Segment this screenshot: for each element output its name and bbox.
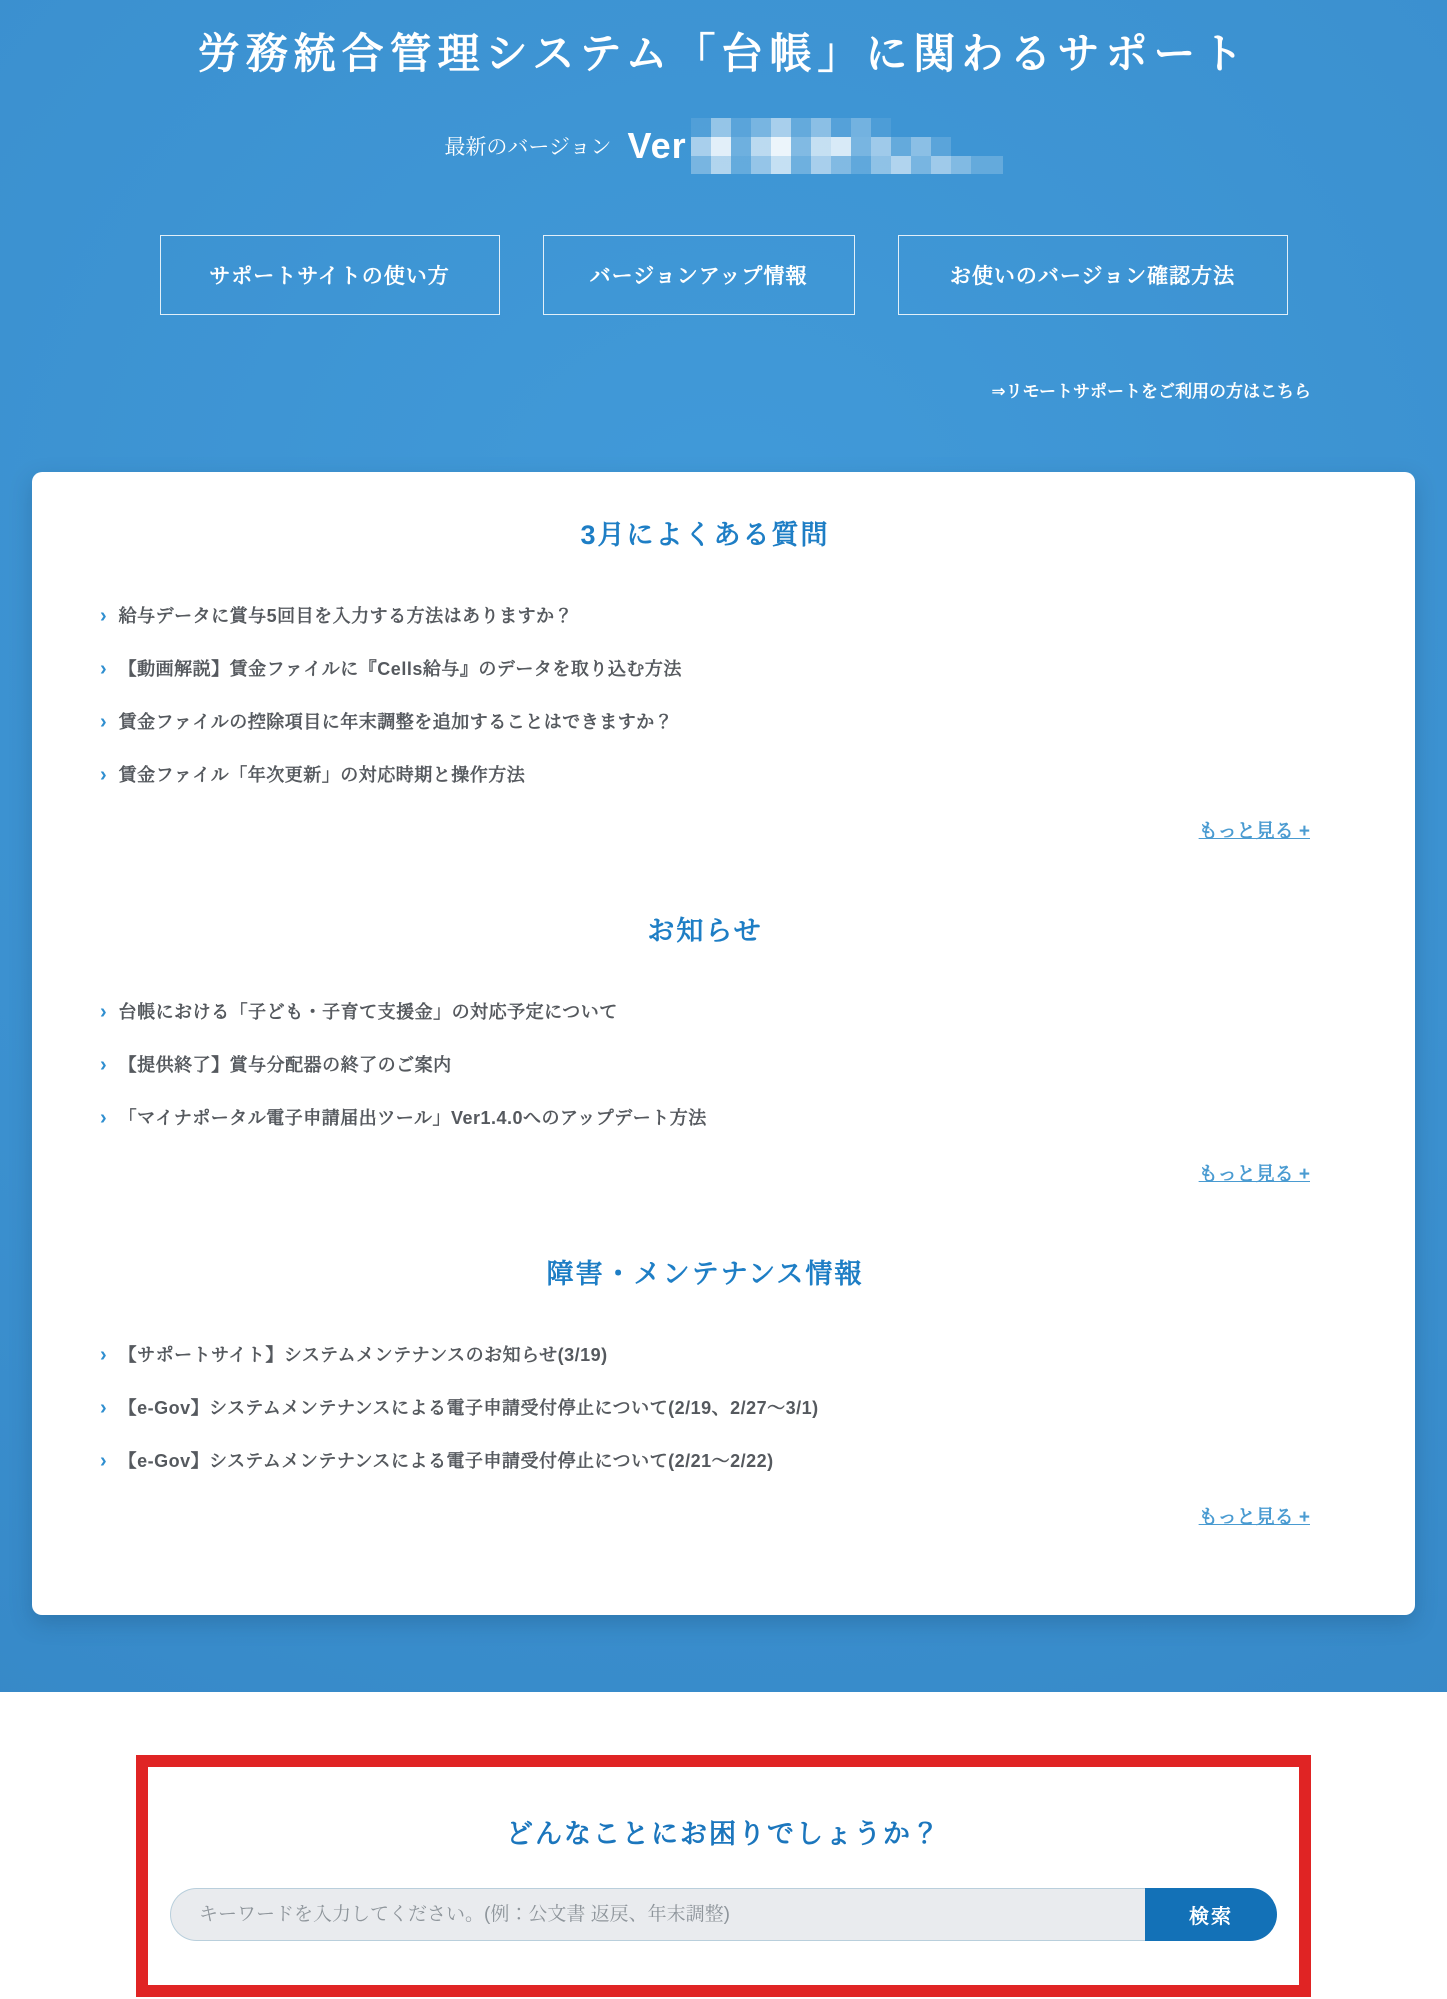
chevron-right-icon: › bbox=[100, 1000, 107, 1024]
remote-support-row: ⇒リモートサポートをご利用の方はこちら bbox=[136, 377, 1311, 402]
list-item-label: 【動画解説】賃金ファイルに『Cells給与』のデータを取り込む方法 bbox=[119, 657, 682, 681]
list-item[interactable]: › 【e-Gov】システムメンテナンスによる電子申請受付停止について(2/21〜… bbox=[100, 1449, 1310, 1473]
list-item-label: 賃金ファイル「年次更新」の対応時期と操作方法 bbox=[119, 763, 526, 787]
list-item-label: 【提供終了】賞与分配器の終了のご案内 bbox=[119, 1053, 452, 1077]
remote-support-link[interactable]: ⇒リモートサポートをご利用の方はこちら bbox=[991, 382, 1311, 401]
list-item-label: 【e-Gov】システムメンテナンスによる電子申請受付停止について(2/21〜2/… bbox=[119, 1449, 774, 1473]
news-list: › 台帳における「子ども・子育て支援金」の対応予定について › 【提供終了】賞与… bbox=[100, 1000, 1310, 1130]
list-item[interactable]: › 「マイナポータル電子申請届出ツール」Ver1.4.0へのアップデート方法 bbox=[100, 1106, 1310, 1130]
maintenance-list: › 【サポートサイト】システムメンテナンスのお知らせ(3/19) › 【e-Go… bbox=[100, 1343, 1310, 1473]
more-row: もっと見る + bbox=[100, 1505, 1310, 1532]
support-page: 労務統合管理システム「台帳」に関わるサポート 最新のバージョン Ver サポート… bbox=[0, 0, 1447, 1999]
list-item[interactable]: › 賃金ファイル「年次更新」の対応時期と操作方法 bbox=[100, 763, 1310, 787]
chevron-right-icon: › bbox=[100, 1396, 107, 1420]
chevron-right-icon: › bbox=[100, 1449, 107, 1473]
version-label: 最新のバージョン bbox=[444, 131, 611, 161]
list-item[interactable]: › 【提供終了】賞与分配器の終了のご案内 bbox=[100, 1053, 1310, 1077]
info-card: 3月によくある質問 › 給与データに賞与5回目を入力する方法はありますか？ › … bbox=[32, 472, 1415, 1615]
list-item[interactable]: › 【動画解説】賃金ファイルに『Cells給与』のデータを取り込む方法 bbox=[100, 657, 1310, 681]
search-input[interactable] bbox=[170, 1888, 1145, 1941]
chevron-right-icon: › bbox=[100, 1106, 107, 1130]
search-button[interactable]: 検索 bbox=[1145, 1888, 1277, 1941]
chevron-right-icon: › bbox=[100, 657, 107, 681]
nav-button-check-version[interactable]: お使いのバージョン確認方法 bbox=[898, 235, 1288, 315]
chevron-right-icon: › bbox=[100, 710, 107, 734]
see-more-link-faq[interactable]: もっと見る + bbox=[1199, 821, 1310, 842]
chevron-right-icon: › bbox=[100, 604, 107, 628]
search-section: どんなことにお困りでしょうか？ 検索 bbox=[0, 1692, 1447, 1997]
nav-button-how-to-use[interactable]: サポートサイトの使い方 bbox=[160, 235, 500, 315]
hero-section: 労務統合管理システム「台帳」に関わるサポート 最新のバージョン Ver サポート… bbox=[0, 0, 1447, 1692]
section-title-news: お知らせ bbox=[100, 912, 1310, 950]
section-title-maintenance: 障害・メンテナンス情報 bbox=[100, 1255, 1310, 1293]
list-item[interactable]: › 【サポートサイト】システムメンテナンスのお知らせ(3/19) bbox=[100, 1343, 1310, 1367]
list-item[interactable]: › 【e-Gov】システムメンテナンスによる電子申請受付停止について(2/19、… bbox=[100, 1396, 1310, 1420]
search-bar: 検索 bbox=[170, 1888, 1277, 1941]
version-value: Ver bbox=[628, 118, 1003, 174]
nav-button-version-up-info[interactable]: バージョンアップ情報 bbox=[543, 235, 855, 315]
faq-list: › 給与データに賞与5回目を入力する方法はありますか？ › 【動画解説】賃金ファ… bbox=[100, 604, 1310, 787]
list-item-label: 台帳における「子ども・子育て支援金」の対応予定について bbox=[119, 1000, 618, 1024]
section-title-monthly-faq: 3月によくある質問 bbox=[100, 516, 1310, 554]
version-number-redacted bbox=[691, 118, 1003, 174]
list-item-label: 【e-Gov】システムメンテナンスによる電子申請受付停止について(2/19、2/… bbox=[119, 1396, 819, 1420]
chevron-right-icon: › bbox=[100, 1053, 107, 1077]
list-item[interactable]: › 給与データに賞与5回目を入力する方法はありますか？ bbox=[100, 604, 1310, 628]
list-item-label: 「マイナポータル電子申請届出ツール」Ver1.4.0へのアップデート方法 bbox=[119, 1106, 707, 1130]
chevron-right-icon: › bbox=[100, 1343, 107, 1367]
chevron-right-icon: › bbox=[100, 763, 107, 787]
red-highlight-box: どんなことにお困りでしょうか？ 検索 bbox=[136, 1755, 1311, 1997]
list-item-label: 【サポートサイト】システムメンテナンスのお知らせ(3/19) bbox=[119, 1343, 608, 1367]
page-title: 労務統合管理システム「台帳」に関わるサポート bbox=[0, 0, 1447, 81]
list-item[interactable]: › 台帳における「子ども・子育て支援金」の対応予定について bbox=[100, 1000, 1310, 1024]
see-more-link-maintenance[interactable]: もっと見る + bbox=[1199, 1507, 1310, 1528]
list-item[interactable]: › 賃金ファイルの控除項目に年末調整を追加することはできますか？ bbox=[100, 710, 1310, 734]
list-item-label: 賃金ファイルの控除項目に年末調整を追加することはできますか？ bbox=[119, 710, 674, 734]
hero-nav-buttons: サポートサイトの使い方 バージョンアップ情報 お使いのバージョン確認方法 bbox=[0, 235, 1447, 315]
more-row: もっと見る + bbox=[100, 819, 1310, 846]
list-item-label: 給与データに賞与5回目を入力する方法はありますか？ bbox=[119, 604, 574, 628]
see-more-link-news[interactable]: もっと見る + bbox=[1199, 1164, 1310, 1185]
search-title: どんなことにお困りでしょうか？ bbox=[148, 1815, 1299, 1853]
latest-version-row: 最新のバージョン Ver bbox=[0, 117, 1447, 175]
version-prefix: Ver bbox=[628, 125, 687, 167]
more-row: もっと見る + bbox=[100, 1162, 1310, 1189]
